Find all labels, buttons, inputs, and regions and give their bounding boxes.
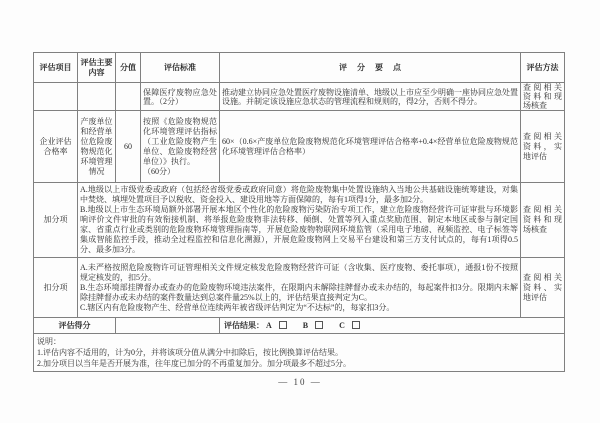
header-points: 评 分 要 点 [220,53,521,83]
enterprise-score-cell: 60 [116,111,141,183]
deduction-project-cell: 扣分项 [34,258,78,318]
evaluation-result-cell: 评估结果：A□B□C□ [220,318,565,334]
row-bonus-items: 加分项 A.地级以上市级党委或政府（包括经省级党委或政府同意）将危险废物集中处置… [34,183,565,258]
header-method: 评估方法 [521,53,565,83]
notes-item-2: 2.加分项目以当年是否开展为准，往年度已加分的不再重复加分。加分项最多不超过5分… [37,358,561,369]
enterprise-content-cell: 产废单位和经营单位危险废物规范化环境管理情况 [78,111,116,183]
row-notes: 说明： 1.评估内容不适用的，计为0分，并将该项分值从满分中扣除后，按比例换算评… [34,334,565,372]
medical-score-cell [116,83,141,111]
result-option-b-label: B [303,321,308,330]
result-option-c-label: C [339,321,345,330]
page-number: — 10 — [0,377,600,387]
deduction-detail-b: B.生态环境部挂牌督办或查办的危险废物环境违法案件，在限期内未解除挂牌督办或未办… [80,283,518,303]
header-score: 分值 [116,53,141,83]
evaluation-score-label: 评估得分 [34,318,116,334]
deduction-detail-a: A.未严格按照危险废物许可证管理相关文件规定核发危险废物经营许可证（含收集、医疗… [80,263,518,283]
bonus-detail-b: B.地级以上市生态环境局额外部署开展本地区个性化的危险废物污染防治专项工作，建立… [80,205,518,255]
header-main-content: 评估主要内容 [78,53,116,83]
enterprise-standard-score: （60分） [143,167,217,177]
evaluation-score-value-cell [116,318,220,334]
notes-item-1: 1.评估内容不适用的，计为0分，并将该项分值从满分中扣除后，按比例换算评估结果。 [37,347,561,358]
notes-cell: 说明： 1.评估内容不适用的，计为0分，并将该项分值从满分中扣除后，按比例换算评… [34,334,565,372]
result-option-b-checkbox: □ [315,321,323,329]
result-option-c-checkbox: □ [352,321,360,329]
notes-title: 说明： [37,336,561,347]
deduction-detail-c: C.辖区内有危险废物产生、经营单位连续两年被省级评估判定为“不达标”的，每家扣3… [80,303,518,313]
row-medical-waste: 保障医疗废物应急处置。（2分） 推动建立协同应急处置医疗废物设施清单、地级以上市… [34,83,565,111]
medical-content-cell [78,83,116,111]
enterprise-points-cell: 60×（0.6×产废单位危险废物规范化环境管理评估合格率+0.4×经营单位危险废… [220,111,521,183]
deduction-detail-cell: A.未严格按照危险废物许可证管理相关文件规定核发危险废物经营许可证（含收集、医疗… [78,258,521,318]
enterprise-standard-cell: 按照《危险废物规范化环境管理评估指标（工业危险废物产生单位、危险废物经营单位）》… [141,111,220,183]
medical-project-cell [34,83,78,111]
header-project: 评估项目 [34,53,78,83]
header-standard: 评估标准 [141,53,220,83]
bonus-detail-cell: A.地级以上市级党委或政府（包括经省级党委或政府同意）将危险废物集中处置设施纳入… [78,183,521,258]
medical-standard-cell: 保障医疗废物应急处置。（2分） [141,83,220,111]
enterprise-standard-text: 按照《危险废物规范化环境管理评估指标（工业危险废物产生单位、危险废物经营单位）》… [143,117,217,167]
evaluation-table: 评估项目 评估主要内容 分值 评估标准 评 分 要 点 评估方法 保障医疗废物应… [33,52,565,372]
bonus-method-cell: 查阅相关资料和现场核查 [521,183,565,258]
row-deduction-items: 扣分项 A.未严格按照危险废物许可证管理相关文件规定核发危险废物经营许可证（含收… [34,258,565,318]
result-option-a-checkbox: □ [279,321,287,329]
document-page: 评估项目 评估主要内容 分值 评估标准 评 分 要 点 评估方法 保障医疗废物应… [0,0,600,423]
table-header-row: 评估项目 评估主要内容 分值 评估标准 评 分 要 点 评估方法 [34,53,565,83]
result-option-a-label: A [266,321,272,330]
bonus-project-cell: 加分项 [34,183,78,258]
row-enterprise-pass-rate: 企业评估合格率 产废单位和经营单位危险废物规范化环境管理情况 60 按照《危险废… [34,111,565,183]
evaluation-result-label: 评估结果： [224,321,264,330]
row-evaluation-score: 评估得分 评估结果：A□B□C□ [34,318,565,334]
deduction-method-cell: 查阅相关资料、实地评估 [521,258,565,318]
enterprise-project-cell: 企业评估合格率 [34,111,78,183]
enterprise-method-cell: 查阅相关资料，实地评估 [521,111,565,183]
medical-points-cell: 推动建立协同应急处置医疗废物设施清单、地级以上市应至少明确一座协同应急处置设施。… [220,83,521,111]
medical-method-cell: 查阅相关资料和现场核查 [521,83,565,111]
bonus-detail-a: A.地级以上市级党委或政府（包括经省级党委或政府同意）将危险废物集中处置设施纳入… [80,185,518,205]
